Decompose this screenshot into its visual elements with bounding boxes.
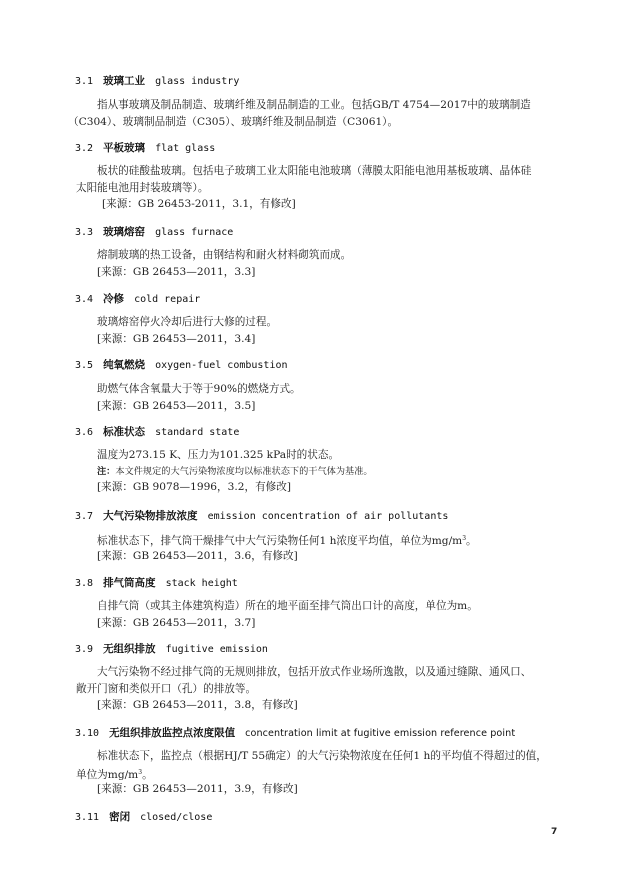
- definition-3-2: 板状的硅酸盐玻璃。包括电子玻璃工业太阳能电池玻璃（薄膜太阳能电池用基板玻璃、晶体…: [76, 163, 558, 213]
- definition-line: 大气污染物不经过排气筒的无规则排放，包括开放式作业场所逸散，以及通过缝隙、通风口…: [76, 664, 558, 681]
- section-heading-3-1: 3.1玻璃工业glass industry: [75, 74, 239, 89]
- section-number: 3.6: [75, 426, 93, 440]
- definition-3-9: 大气污染物不经过排气筒的无规则排放，包括开放式作业场所逸散，以及通过缝隙、通风口…: [76, 664, 558, 714]
- term-zh: 玻璃熔窑: [103, 226, 145, 238]
- source-citation: [来源：GB 26453—2011，3.6，有修改]: [76, 548, 558, 565]
- term-zh: 无组织排放: [103, 643, 156, 655]
- section-number: 3.1: [75, 75, 93, 89]
- source-citation: [来源：GB 26453—2011，3.4]: [76, 331, 558, 348]
- definition-3-5: 助燃气体含氧量大于等于90%的燃烧方式。 [来源：GB 26453—2011，3…: [76, 381, 558, 414]
- section-number: 3.8: [75, 577, 93, 591]
- source-citation: [来源：GB 26453-2011，3.1，有修改]: [76, 196, 558, 213]
- section-heading-3-9: 3.9无组织排放fugitive emission: [75, 642, 268, 657]
- definition-line: （C304）、玻璃制品制造（C305）、玻璃纤维及制品制造（C3061）。: [68, 114, 558, 131]
- term-en: cold repair: [134, 294, 200, 305]
- page-number: 7: [551, 827, 557, 837]
- source-citation: [来源：GB 9078—1996，3.2，有修改]: [76, 479, 558, 496]
- section-number: 3.10: [75, 727, 99, 741]
- source-citation: [来源：GB 26453—2011，3.9，有修改]: [76, 781, 558, 798]
- term-zh: 平板玻璃: [103, 142, 145, 154]
- term-zh: 排气筒高度: [103, 577, 156, 589]
- definition-3-6: 温度为273.15 K、压力为101.325 kPa时的状态。 注：本文件规定的…: [76, 447, 558, 495]
- definition-line: 玻璃熔窑停火冷却后进行大修的过程。: [76, 314, 558, 331]
- definition-text: 标准状态下，排气筒干燥排气中大气污染物任何1 h浓度平均值，单位为mg/m: [97, 535, 462, 547]
- term-en: closed/close: [140, 812, 212, 823]
- unit-tail: 。: [466, 535, 477, 547]
- section-number: 3.7: [75, 510, 93, 524]
- document-page: 3.1玻璃工业glass industry 指从事玻璃及制品制造、玻璃纤维及制品…: [0, 0, 634, 896]
- note-label: 注：: [97, 466, 115, 477]
- section-number: 3.5: [75, 359, 93, 373]
- section-heading-3-6: 3.6标准状态standard state: [75, 425, 239, 440]
- source-citation: [来源：GB 26453—2011，3.3]: [76, 264, 558, 281]
- note: 注：本文件规定的大气污染物浓度均以标准状态下的干气体为基准。: [76, 464, 558, 479]
- definition-line: 板状的硅酸盐玻璃。包括电子玻璃工业太阳能电池玻璃（薄膜太阳能电池用基板玻璃、晶体…: [76, 163, 558, 180]
- term-en: flat glass: [155, 143, 215, 154]
- section-number: 3.2: [75, 142, 93, 156]
- definition-text: 单位为mg/m: [76, 769, 138, 781]
- section-heading-3-5: 3.5纯氧燃烧oxygen-fuel combustion: [75, 358, 288, 373]
- term-zh: 大气污染物排放浓度: [103, 510, 198, 522]
- definition-line: 指从事玻璃及制品制造、玻璃纤维及制品制造的工业。包括GB/T 4754—2017…: [76, 97, 558, 114]
- term-zh: 标准状态: [103, 426, 145, 438]
- section-heading-3-7: 3.7大气污染物排放浓度emission concentration of ai…: [75, 509, 448, 524]
- source-citation: [来源：GB 26453—2011，3.8，有修改]: [76, 697, 558, 714]
- definition-line: 标准状态下，排气筒干燥排气中大气污染物任何1 h浓度平均值，单位为mg/m3。: [76, 531, 558, 548]
- definition-line: 助燃气体含氧量大于等于90%的燃烧方式。: [76, 381, 558, 398]
- term-en: emission concentration of air pollutants: [208, 511, 449, 522]
- definition-3-4: 玻璃熔窑停火冷却后进行大修的过程。 [来源：GB 26453—2011，3.4]: [76, 314, 558, 347]
- term-en: standard state: [155, 427, 239, 438]
- note-text: 本文件规定的大气污染物浓度均以标准状态下的干气体为基准。: [115, 466, 372, 477]
- definition-line: 温度为273.15 K、压力为101.325 kPa时的状态。: [76, 447, 558, 464]
- definition-3-8: 自排气筒（或其主体建筑构造）所在的地平面至排气筒出口计的高度，单位为m。 [来源…: [76, 598, 558, 631]
- section-heading-3-8: 3.8排气筒高度stack height: [75, 576, 238, 591]
- term-en: glass industry: [155, 76, 239, 87]
- definition-line: 标准状态下，监控点（根据HJ/T 55确定）的大气污染物浓度在任何1 h的平均值…: [76, 748, 558, 765]
- section-heading-3-3: 3.3玻璃熔窑glass furnace: [75, 225, 233, 240]
- source-citation: [来源：GB 26453—2011，3.5]: [76, 398, 558, 415]
- definition-line: 太阳能电池用封装玻璃等）。: [76, 180, 558, 197]
- term-zh: 密闭: [109, 811, 130, 823]
- definition-3-7: 标准状态下，排气筒干燥排气中大气污染物任何1 h浓度平均值，单位为mg/m3。 …: [76, 531, 558, 564]
- section-heading-3-10: 3.10无组织排放监控点浓度限值concentration limit at f…: [75, 726, 515, 741]
- section-heading-3-11: 3.11密闭closed/close: [75, 810, 212, 825]
- term-en: glass furnace: [155, 227, 233, 238]
- section-heading-3-4: 3.4冷修cold repair: [75, 292, 200, 307]
- term-en: fugitive emission: [166, 644, 268, 655]
- term-zh: 无组织排放监控点浓度限值: [109, 727, 235, 739]
- definition-3-3: 熔制玻璃的热工设备，由钢结构和耐火材料砌筑而成。 [来源：GB 26453—20…: [76, 247, 558, 280]
- definition-line: 敞开门窗和类似开口（孔）的排放等。: [76, 681, 558, 698]
- section-number: 3.11: [75, 811, 99, 825]
- unit-tail: 。: [142, 769, 153, 781]
- section-heading-3-2: 3.2平板玻璃flat glass: [75, 141, 215, 156]
- term-en: concentration limit at fugitive emission…: [245, 728, 515, 739]
- term-zh: 冷修: [103, 293, 124, 305]
- term-en: stack height: [166, 578, 238, 589]
- definition-3-1: 指从事玻璃及制品制造、玻璃纤维及制品制造的工业。包括GB/T 4754—2017…: [76, 97, 558, 130]
- section-number: 3.3: [75, 226, 93, 240]
- term-en: oxygen-fuel combustion: [155, 360, 287, 371]
- definition-3-10: 标准状态下，监控点（根据HJ/T 55确定）的大气污染物浓度在任何1 h的平均值…: [76, 748, 558, 798]
- definition-line: 自排气筒（或其主体建筑构造）所在的地平面至排气筒出口计的高度，单位为m。: [76, 598, 558, 615]
- definition-line: 熔制玻璃的热工设备，由钢结构和耐火材料砌筑而成。: [76, 247, 558, 264]
- definition-line: 单位为mg/m3。: [76, 765, 558, 782]
- source-citation: [来源：GB 26453—2011，3.7]: [76, 615, 558, 632]
- section-number: 3.9: [75, 643, 93, 657]
- term-zh: 纯氧燃烧: [103, 359, 145, 371]
- section-number: 3.4: [75, 293, 93, 307]
- term-zh: 玻璃工业: [103, 75, 145, 87]
